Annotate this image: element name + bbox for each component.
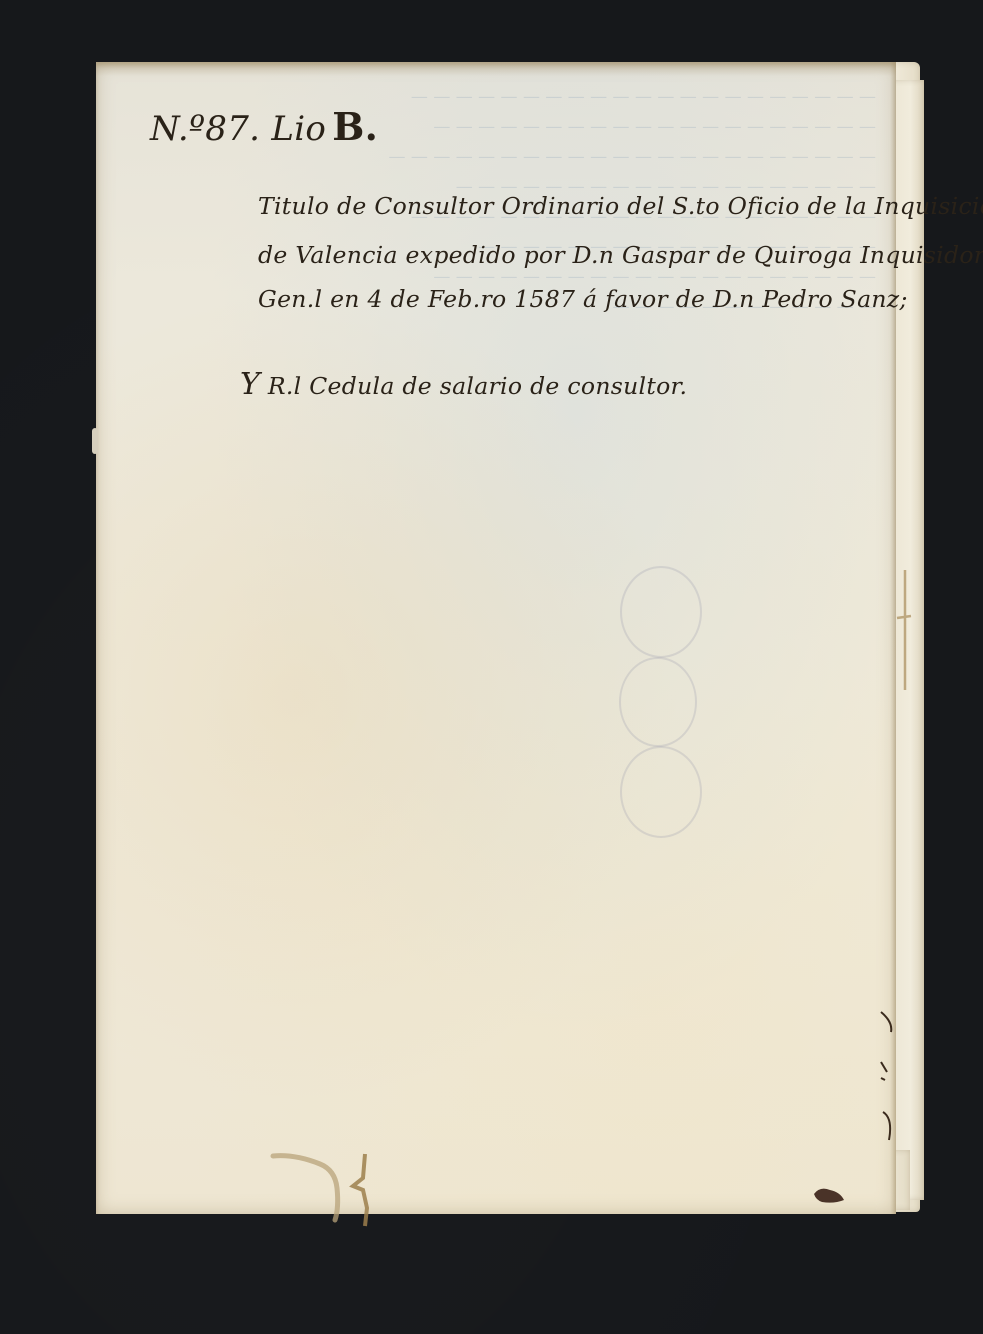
scan-canvas: — — — — — — — — — — — — — — — — — — — — … (0, 0, 983, 1334)
description-line: Titulo de Consultor Ordinario del S.to O… (258, 192, 983, 220)
addendum-text: R.l Cedula de salario de consultor. (268, 372, 687, 400)
bundle-label: Lio (271, 109, 326, 149)
reference-number: N.º87. (150, 109, 260, 149)
addendum-initial: Y (240, 367, 260, 402)
page-top-edge (96, 62, 896, 76)
description-line: de Valencia expedido por D.n Gaspar de Q… (258, 241, 983, 269)
watermark-icon (616, 562, 706, 842)
document-page: — — — — — — — — — — — — — — — — — — — — … (96, 62, 896, 1214)
edge-tear (92, 428, 98, 454)
reference-heading: N.º87. LioB. (150, 104, 378, 149)
description-line: Gen.l en 4 de Feb.ro 1587 á favor de D.n… (258, 285, 908, 313)
page-fold (890, 62, 896, 1214)
addendum-line: Y R.l Cedula de salario de consultor. (240, 367, 687, 402)
bundle-letter: B. (332, 104, 378, 149)
